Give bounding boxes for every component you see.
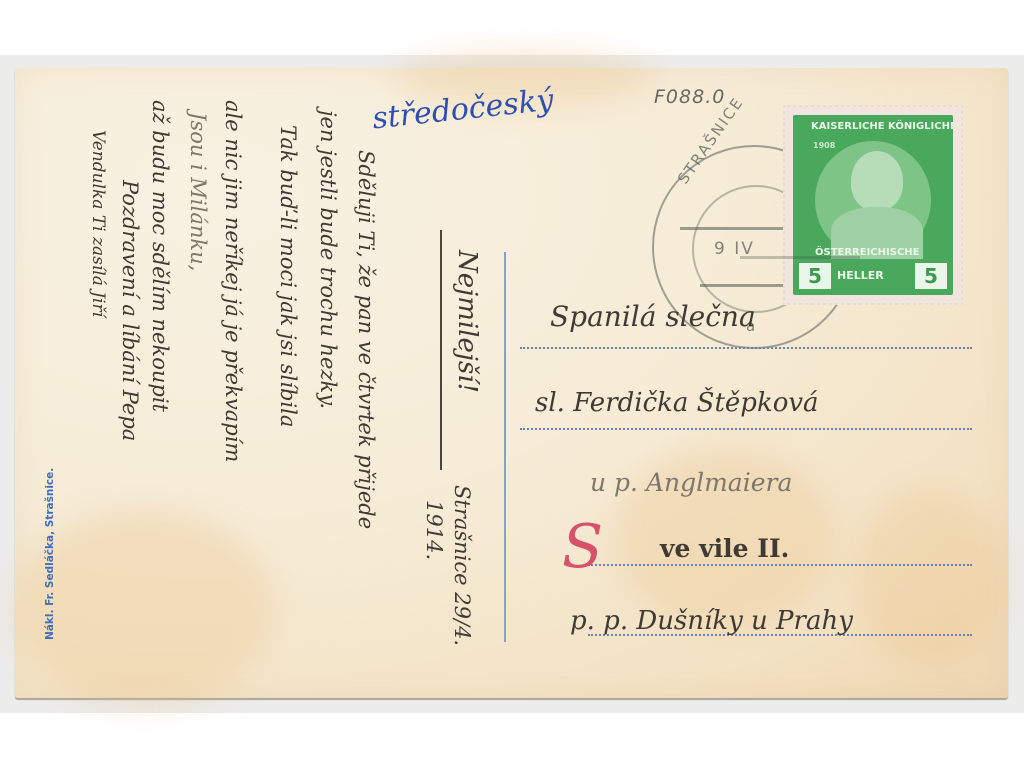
address-line-5: p. p. Dušníky u Prahy: [570, 606, 853, 636]
postage-stamp: KAISERLICHE KÖNIGLICHE ÖSTERREICHISCHE 1…: [783, 105, 963, 305]
message-line: Pozdravení a líbání Pepa: [118, 180, 142, 441]
address-line-2: sl. Ferdička Štěpková: [535, 388, 819, 418]
stamp-year: 1908: [813, 141, 835, 150]
stamp-design: KAISERLICHE KÖNIGLICHE ÖSTERREICHISCHE 1…: [793, 115, 953, 295]
catalog-note: F088.0: [654, 86, 725, 108]
message-line: jen jestli bude trochu hezky.: [316, 110, 340, 409]
cancel-bar: [740, 256, 860, 259]
address-line-3: u p. Anglmaiera: [590, 468, 792, 497]
red-pencil-mark: S: [562, 512, 603, 582]
message-line: Vendulka Ti zasílá Jiří: [88, 130, 108, 317]
divider-line: [504, 252, 506, 642]
address-line-1: Spanilá slečna: [550, 300, 756, 333]
cancel-bar: [680, 227, 800, 230]
message-line: Sděluji Ti, že pan ve čtvrtek přijede: [354, 150, 378, 529]
message-line: Tak buď-li moci jak jsi slíbila: [276, 125, 300, 427]
greeting-underline: [440, 230, 442, 470]
message-line: až budu moc sdělím nekoupit: [148, 100, 172, 412]
address-rule: [520, 347, 972, 349]
publisher-imprint: Nákl. Fr. Sedláčka, Strašnice.: [44, 468, 56, 640]
stamp-portrait-head: [851, 151, 903, 211]
place-date: Strašnice 29/4.: [450, 485, 474, 646]
address-rule: [588, 564, 972, 566]
address-rule: [520, 428, 972, 430]
message-line: Jsou i Milánku,: [186, 112, 210, 271]
address-line-4: ve vile II.: [660, 534, 789, 563]
stamp-value-right: 5: [915, 263, 947, 289]
stamp-value-left: 5: [799, 263, 831, 289]
stain: [855, 488, 1005, 668]
stamp-inscription-top: KAISERLICHE KÖNIGLICHE: [811, 121, 953, 132]
stamp-currency: HELLER: [837, 269, 884, 282]
year: 1914.: [422, 500, 446, 560]
greeting: Nejmilejší!: [452, 250, 482, 393]
message-line: ale nic jim neříkej já je překvapím: [221, 100, 245, 462]
